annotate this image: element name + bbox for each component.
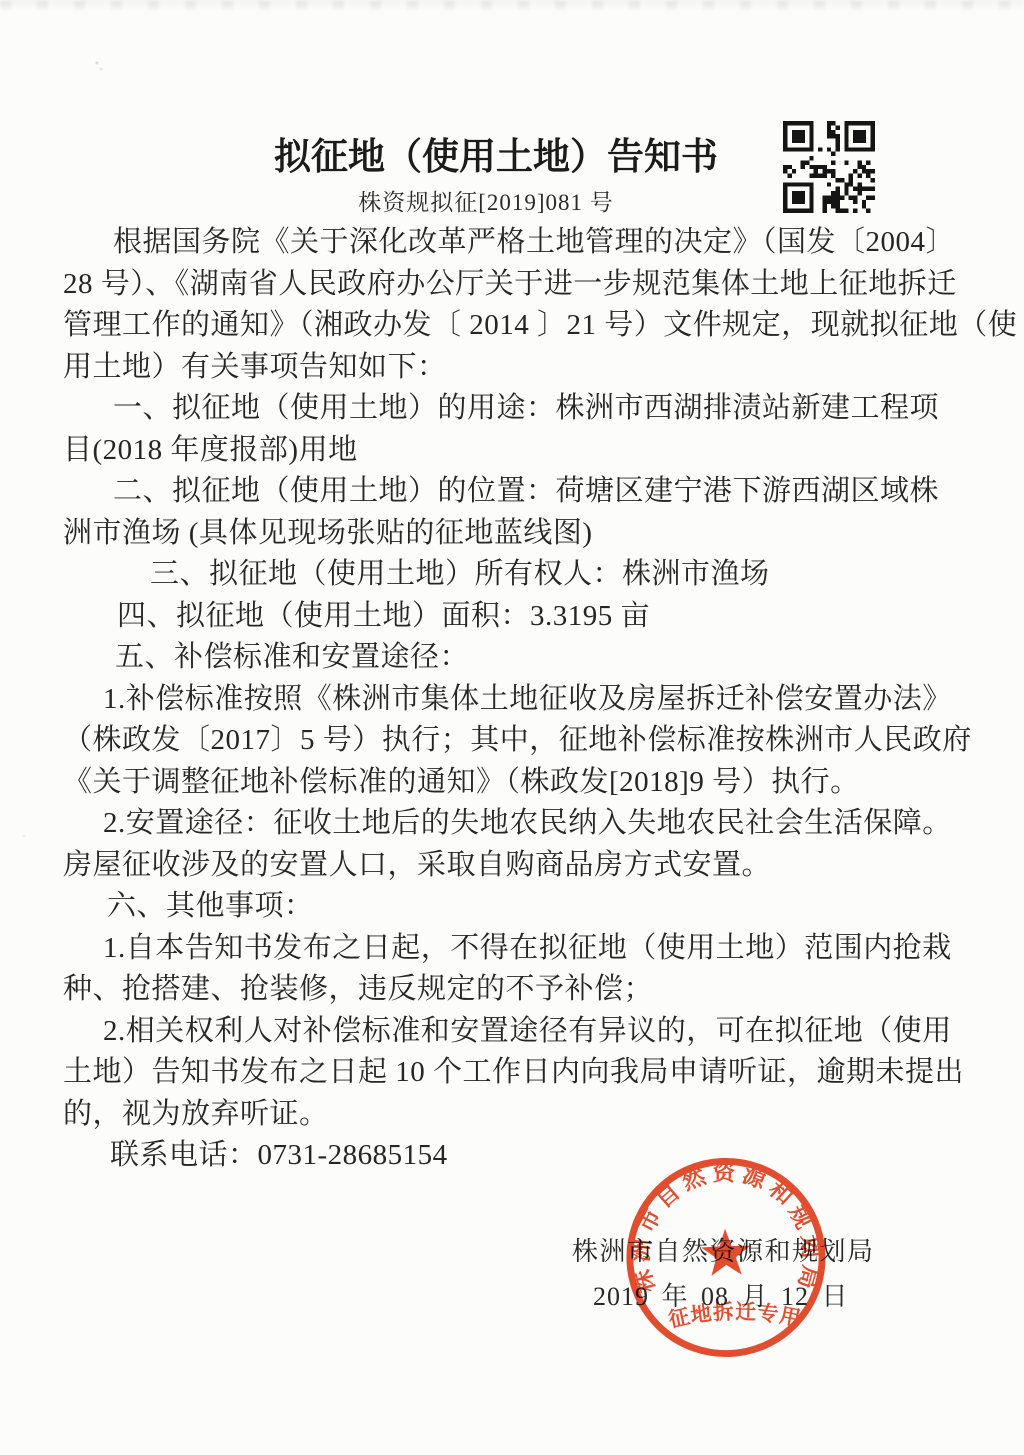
document-page: 拟征地（使用土地）告知书 株资规拟征[2019]081 号 根据国务院《关于深化… [0,0,1024,1455]
issuing-authority: 株洲市自然资源和规划局 [572,1231,875,1268]
document-body: 根据国务院《关于深化改革严格土地管理的决定》（国发〔2004〕28 号）、《湖南… [63,222,965,1177]
qr-code-icon [783,121,875,213]
document-line: 根据国务院《关于深化改革严格土地管理的决定》（国发〔2004〕 [63,222,965,264]
document-line: 1.自本告知书发布之日起，不得在拟征地（使用土地）范围内抢栽 [63,928,965,970]
document-line: 《关于调整征地补偿标准的通知》（株政发[2018]9 号）执行。 [63,762,965,804]
document-line: 三、拟征地（使用土地）所有权人：株洲市渔场 [63,554,965,596]
document-line: 目(2018 年度报部)用地 [63,430,965,472]
document-line: （株政发〔2017〕5 号）执行；其中，征地补偿标准按株洲市人民政府 [63,720,965,762]
document-line: 管理工作的通知》（湘政办发〔 2014 〕21 号）文件规定，现就拟征地（使 [63,305,965,347]
document-line: 土地）告知书发布之日起 10 个工作日内向我局申请听证，逾期未提出 [63,1052,965,1094]
document-line: 联系电话：0731-28685154 [63,1135,965,1177]
document-line: 种、抢搭建、抢装修，违反规定的不予补偿； [63,969,965,1011]
document-line: 五、补偿标准和安置途径： [63,637,965,679]
issue-date: 2019 年 08 月 12 日 [593,1276,849,1313]
document-line: 四、拟征地（使用土地）面积：3.3195 亩 [63,596,965,638]
document-line: 的，视为放弃听证。 [63,1094,965,1136]
document-line: 用土地）有关事项告知如下： [63,347,965,389]
document-line: 1.补偿标准按照《株洲市集体土地征收及房屋拆迁补偿安置办法》 [63,679,965,721]
scan-edge-artifact [0,0,1024,9]
document-line: 六、其他事项： [63,886,965,928]
document-line: 2.相关权利人对补偿标准和安置途径有异议的，可在拟征地（使用 [63,1011,965,1053]
document-line: 2.安置途径：征收土地后的失地农民纳入失地农民社会生活保障。 [63,803,965,845]
document-line: 一、拟征地（使用土地）的用途：株洲市西湖排渍站新建工程项 [63,388,965,430]
document-line: 28 号）、《湖南省人民政府办公厅关于进一步规范集体土地上征地拆迁 [63,264,965,306]
document-line: 房屋征收涉及的安置人口，采取自购商品房方式安置。 [63,845,965,887]
document-line: 二、拟征地（使用土地）的位置：荷塘区建宁港下游西湖区域株 [63,471,965,513]
document-line: 洲市渔场 (具体见现场张贴的征地蓝线图) [63,513,965,555]
